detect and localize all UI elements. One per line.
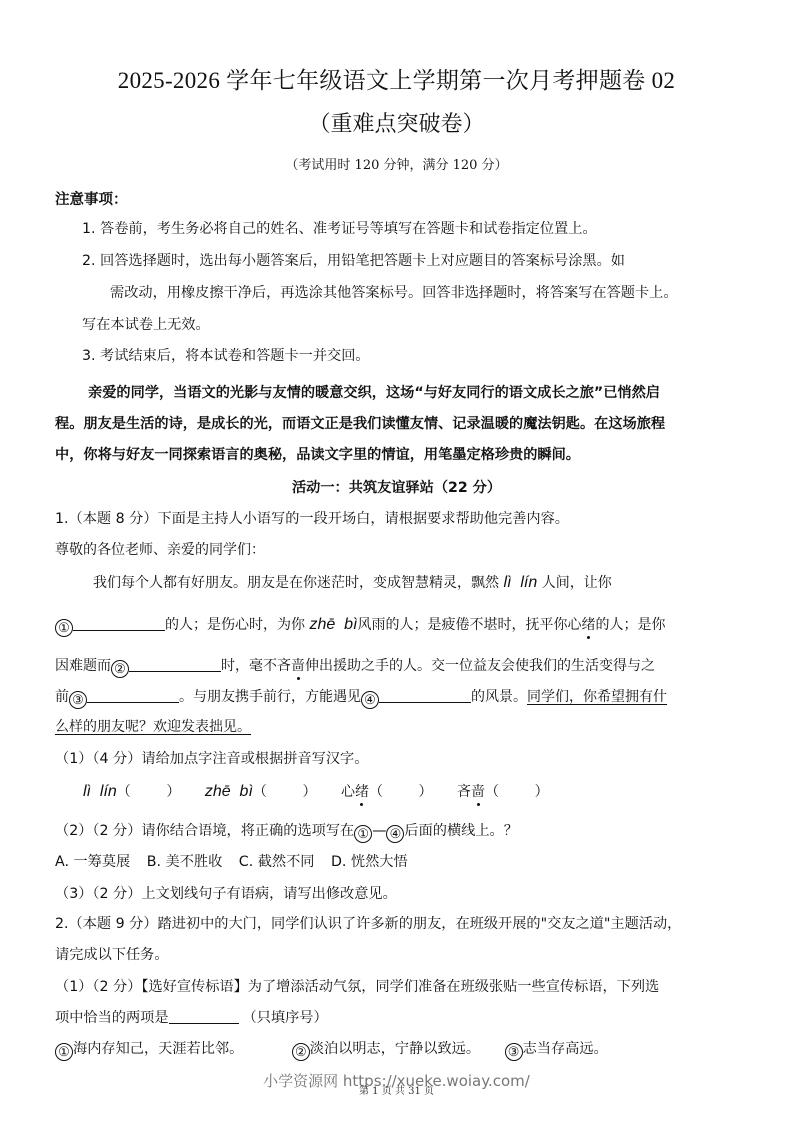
passage-text: 。与朋友携手前行，方能遇见 [179,689,361,705]
circled-4: ④ [386,825,404,843]
pinyin-li-lin: lì lín [503,574,537,591]
dotted-char-xu: 绪 [581,617,595,633]
q2-sub-question-1-cont: 项中恰当的两项是（只填序号） [55,1007,328,1029]
sub-question-2-text: （2）（2 分）请你结合语境，将正确的选项写在 [55,823,354,839]
passage-line-3: 因难题而②时，毫不吝啬伸出援助之手的人。交一位益友会使我们的生活变得与之 [55,655,655,678]
slogan-options: ①海内存知己，天涯若比邻。 ②淡泊以明志，宁静以致远。 ③志当存高远。 [55,1038,608,1061]
passage-text: 的人；是你 [595,617,665,633]
question-2-stem-cont: 请完成以下任务。 [55,944,169,966]
underlined-sentence: 同学们，你希望拥有什 [527,689,667,705]
option-a: A. 一筹莫展 [55,854,130,870]
sub-question-2: （2）（2 分）请你结合语境，将正确的选项写在①—④后面的横线上。？ [55,820,518,843]
blank-number-4: ④ [361,691,379,709]
notice-item-2: 2. 回答选择题时，选出每小题答案后，用铅笔把答题卡上对应题目的答案标号涂黑。如 [82,250,625,272]
activity-heading: 活动一：共筑友谊驿站（22 分） [0,477,793,499]
exam-page: 2025-2026 学年七年级语文上学期第一次月考押题卷 02 （重难点突破卷）… [0,0,793,1122]
pinyin-item-1: lì lín [83,783,117,800]
blank-number-1: ① [55,619,73,637]
answer-paren-3[interactable]: （ ） [369,784,433,800]
circled-num: ③ [505,1043,523,1061]
slogan-option-1: ①海内存知己，天涯若比邻。 [55,1041,243,1057]
notice-item-1: 1. 答卷前，考生务必将自己的姓名、准考证号等填写在答题卡和试卷指定位置上。 [82,218,597,240]
notice-item-3: 3. 考试结束后，将本试卷和答题卡一并交回。 [82,345,370,367]
exam-info: （考试用时 120 分钟，满分 120 分） [0,155,793,177]
dotted-char-se: 啬 [291,658,305,674]
circled-num: ① [55,1043,73,1061]
notice-item-2-cont2: 写在本试卷上无效。 [82,314,210,336]
hanzi-item-linse: 吝啬 [457,784,485,800]
notice-heading: 注意事项： [55,188,128,209]
slogan-text: 海内存知己，天涯若比邻。 [73,1041,243,1057]
options-row: A. 一筹莫展 B. 美不胜收 C. 截然不同 D. 恍然大悟 [55,851,408,873]
question-2-stem: 2.（本题 9 分）踏进初中的大门，同学们认识了许多新的朋友，在班级开展的"交友… [55,913,681,935]
answer-blank-slogan[interactable] [169,1008,239,1024]
q2-sub1-note: （只填序号） [243,1010,328,1026]
option-c: C. 截然不同 [239,854,315,870]
question-1-stem: 1.（本题 8 分）下面是主持人小语写的一段开场白，请根据要求帮助他完善内容。 [55,508,569,530]
answer-paren-4[interactable]: （ ） [485,784,549,800]
slogan-text: 淡泊以明志，宁静以致远。 [310,1041,480,1057]
page-number: 第 1 页 共 31 页 [0,1082,793,1097]
blank-number-2: ② [111,660,129,678]
circled-1: ① [354,825,372,843]
passage-text: 前 [55,689,69,705]
passage-line-4: 前③。与朋友携手前行，方能遇见④的风景。同学们，你希望拥有什 [55,686,667,709]
slogan-option-2: ②淡泊以明志，宁静以致远。 [292,1041,480,1057]
q2-sub1-text: 项中恰当的两项是 [55,1010,169,1026]
pinyin-zhe-bi: zhē bì [309,616,357,633]
dash: — [372,823,386,839]
hanzi-item-xinxu: 心绪 [341,784,369,800]
answer-blank-1[interactable] [73,615,165,631]
passage-text: 伸出援助之手的人。交一位益友会使我们的生活变得与之 [305,658,655,674]
passage-line-1: 我们每个人都有好朋友。朋友是在你迷茫时，变成智慧精灵，飘然 lì lín 人间，… [93,572,612,594]
sub-question-1: （1）（4 分）请给加点字注音或根据拼音写汉字。 [55,748,368,770]
passage-line-5: 么样的朋友呢？欢迎发表拙见。 [55,716,251,738]
sub-question-2-text-end: 后面的横线上。？ [404,823,518,839]
slogan-text: 志当存高远。 [523,1041,608,1057]
passage-text: 的人；是伤心时，为你 [165,617,305,633]
slogan-option-3: ③志当存高远。 [505,1041,608,1057]
passage-text: 我们每个人都有好朋友。朋友是在你迷茫时，变成智慧精灵，飘然 [93,575,499,591]
notice-item-2-cont: 需改动，用橡皮擦干净后，再选涂其他答案标号。回答非选择题时，将答案写在答题卡上。 [110,282,678,304]
answer-blank-4[interactable] [379,687,471,703]
option-b: B. 美不胜收 [147,854,223,870]
answer-blank-3[interactable] [87,687,179,703]
passage-text: 人间，让你 [542,575,612,591]
underlined-sentence-cont: 么样的朋友呢？欢迎发表拙见。 [55,719,251,735]
passage-text: 的风景。 [471,689,527,705]
answer-paren-2[interactable]: （ ） [253,784,317,800]
pinyin-answer-row: lì lín（ ） zhē bì（ ） 心绪（ ） 吝啬（ ） [83,781,549,803]
q2-sub-question-1: （1）（2 分）【选好宣传标语】为了增添活动气氛，同学们准备在班级张贴一些宣传标… [55,976,659,998]
greeting: 尊敬的各位老师、亲爱的同学们： [55,540,265,560]
passage-text: 因难题而 [55,658,111,674]
passage-text: 时，毫不吝 [221,658,291,674]
circled-num: ② [292,1043,310,1061]
answer-blank-2[interactable] [129,656,221,672]
document-title: 2025-2026 学年七年级语文上学期第一次月考押题卷 02 [0,64,793,98]
document-subtitle: （重难点突破卷） [0,108,793,142]
answer-paren-1[interactable]: （ ） [117,784,181,800]
intro-line-1: 亲爱的同学，当语文的光影与友情的暖意交织，这场“与好友同行的语文成长之旅”已悄然… [88,382,660,404]
option-d: D. 恍然大悟 [331,854,408,870]
blank-number-3: ③ [69,691,87,709]
intro-line-3: 中，你将与好友一同探索语言的奥秘，品读文字里的情谊，用笔墨定格珍贵的瞬间。 [55,444,580,466]
passage-line-2: ①的人；是伤心时，为你 zhē bì风雨的人；是疲倦不堪时，抚平你心绪的人；是你 [55,614,665,637]
intro-line-2: 程。朋友是生活的诗，是成长的光，而语文正是我们读懂友情、记录温暖的魔法钥匙。在这… [55,413,665,435]
pinyin-item-2: zhē bì [205,783,253,800]
passage-text: 风雨的人；是疲倦不堪时，抚平你心 [357,617,581,633]
sub-question-3: （3）（2 分）上文划线句子有语病，请写出修改意见。 [55,883,397,905]
